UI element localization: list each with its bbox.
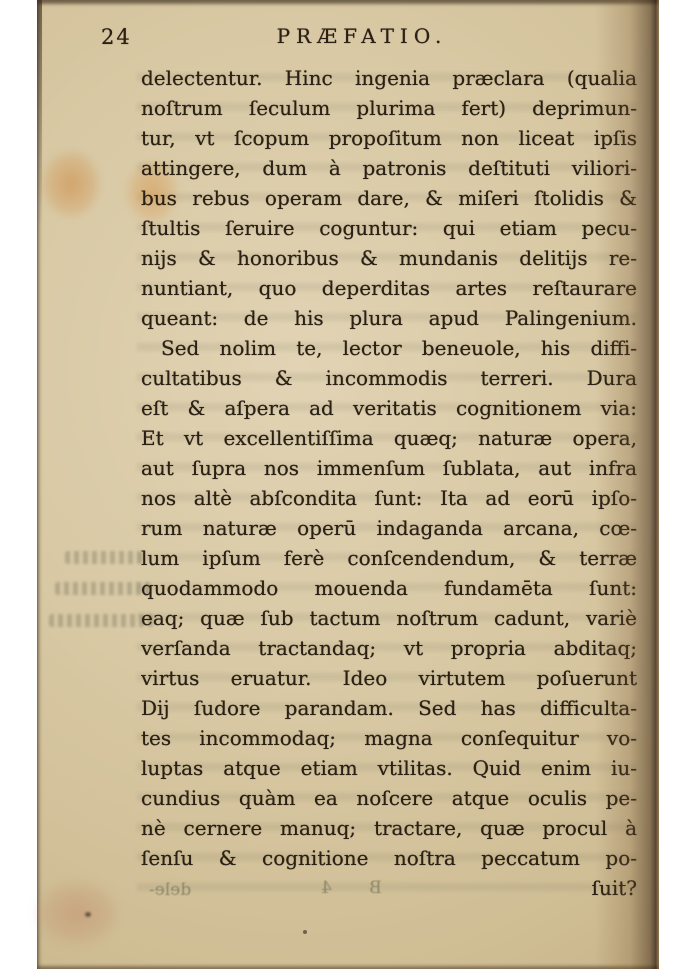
scanned-book-page-image: 24 PRÆFATIO. delectentur. Hinc ingenia p… <box>0 0 690 976</box>
book-page: 24 PRÆFATIO. delectentur. Hinc ingenia p… <box>37 0 659 969</box>
foxing-stain <box>43 152 99 216</box>
text-line: noſtrum ſeculum plurima fert) deprimun- <box>141 93 637 123</box>
text-line: attingere, dum à patronis deſtituti vili… <box>141 153 637 183</box>
page-header-title: PRÆFATIO. <box>141 24 637 48</box>
text-line: aut ſupra nos immenſum ſublata, aut infr… <box>141 453 637 483</box>
text-line: bus rebus operam dare, & miſeri ſtolidis… <box>141 183 637 213</box>
text-line: nijs & honoribus & mundanis delitijs re- <box>141 243 637 273</box>
text-line: lum ipſum ferè conſcendendum, & terræ <box>141 543 637 573</box>
text-line: Dij ſudore parandam. Sed has difficulta- <box>141 693 637 723</box>
text-line: quodammodo mouenda fundamēta ſunt: <box>141 573 637 603</box>
show-through-smudge <box>49 614 155 627</box>
show-through-catchword: dele- <box>149 880 191 900</box>
text-line: ſuit? <box>141 873 637 903</box>
text-line: nè cernere manuq; tractare, quæ procul à <box>141 813 637 843</box>
body-text: delectentur. Hinc ingenia præclara (qual… <box>141 63 637 903</box>
text-line: cundius quàm ea noſcere atque oculis pe- <box>141 783 637 813</box>
page-number: 24 <box>101 25 132 49</box>
text-line: eaq; quæ ſub tactum noſtrum cadunt, vari… <box>141 603 637 633</box>
text-line: verſanda tractandaq; vt propria abditaq; <box>141 633 637 663</box>
text-line: queant: de his plura apud Palingenium. <box>141 303 637 333</box>
text-line: Sed nolim te, lector beneuole, his diffi… <box>141 333 637 363</box>
ink-speck <box>85 912 91 917</box>
show-through-smudge <box>65 551 143 564</box>
text-line: ſenſu & cognitione noſtra peccatum po- <box>141 843 637 873</box>
text-line: virtus eruatur. Ideo virtutem poſuerunt <box>141 663 637 693</box>
text-line: Et vt excellentiſſima quæq; naturæ opera… <box>141 423 637 453</box>
ink-speck <box>303 930 307 934</box>
text-line: ſtultis ſeruire coguntur: qui etiam pecu… <box>141 213 637 243</box>
show-through-smudge <box>55 582 151 595</box>
foxing-stain <box>37 882 117 944</box>
text-line: delectentur. Hinc ingenia præclara (qual… <box>141 63 637 93</box>
text-line: nuntiant, quo deperditas artes reſtaurar… <box>141 273 637 303</box>
binding-gutter-shadow <box>595 0 659 969</box>
show-through-signature-mark: B 4 <box>305 878 382 898</box>
text-line: rum naturæ operū indaganda arcana, cœ- <box>141 513 637 543</box>
text-line: eſt & aſpera ad veritatis cognitionem vi… <box>141 393 637 423</box>
text-line: luptas atque etiam vtilitas. Quid enim i… <box>141 753 637 783</box>
text-line: cultatibus & incommodis terreri. Dura <box>141 363 637 393</box>
text-line: nos altè abſcondita ſunt: Ita ad eorū ip… <box>141 483 637 513</box>
page-edge-left <box>37 0 42 230</box>
text-line: tes incommodaq; magna conſequitur vo- <box>141 723 637 753</box>
text-line: tur, vt ſcopum propoſitum non liceat ipſ… <box>141 123 637 153</box>
